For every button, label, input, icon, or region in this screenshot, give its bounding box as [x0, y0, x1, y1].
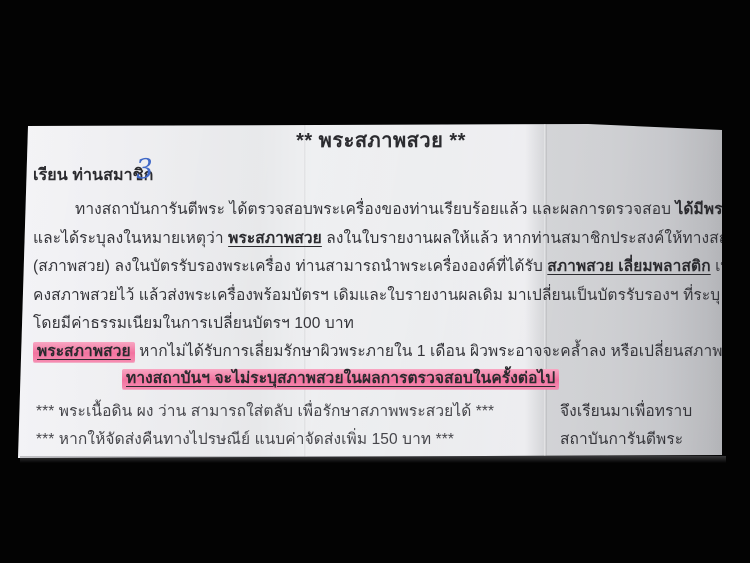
body-line-6-rest: หากไม่ได้รับการเลี่ยมรักษาผิวพระภายใน 1 …	[135, 343, 750, 360]
note-line-1: *** พระเนื้อดิน ผง ว่าน สามารถใส่ตลับ เพ…	[36, 401, 494, 423]
body-line-5: โดยมีค่าธรรมเนียมในการเปลี่ยนบัตรฯ 100 บ…	[33, 313, 354, 335]
closing-line: จึงเรียนมาเพื่อทราบ	[560, 401, 692, 423]
body-line-2-post: ลงในใบรายงานผลให้แล้ว หากท่านสมาชิกประสง…	[322, 230, 750, 247]
body-line-2-emphasis: พระสภาพสวย	[228, 230, 322, 247]
body-line-3-pre: (สภาพสวย) ลงในบัตรรับรองพระเครื่อง ท่านส…	[33, 258, 547, 275]
body-line-1-text: ทางสถาบันการันตีพระ ได้ตรวจสอบพระเครื่อง…	[75, 201, 675, 218]
signature-line: สถาบันการันตีพระ	[560, 429, 683, 451]
body-line-6: พระสภาพสวย หากไม่ได้รับการเลี่ยมรักษาผิว…	[33, 341, 750, 363]
highlighted-phrase: พระสภาพสวย	[33, 342, 135, 362]
body-line-3-emphasis: สภาพสวย เลี่ยมพลาสติก	[547, 258, 710, 275]
body-line-2: และได้ระบุลงในหมายเหตุว่า พระสภาพสวย ลงใ…	[33, 228, 750, 250]
letter-paper: ** พระสภาพสวย ** เรียน ท่านสมาชิก 3 ทางส…	[18, 124, 722, 458]
highlighted-sentence: ทางสถาบันฯ จะไม่ระบุสภาพสวยในผลการตรวจสอ…	[122, 369, 559, 389]
body-line-3: (สภาพสวย) ลงในบัตรรับรองพระเครื่อง ท่านส…	[33, 256, 750, 278]
note-line-2: *** หากให้จัดส่งคืนทางไปรษณีย์ แนบค่าจัด…	[36, 429, 454, 451]
photo-background: ** พระสภาพสวย ** เรียน ท่านสมาชิก 3 ทางส…	[0, 0, 750, 563]
body-line-1-bold: ได้มีพระเครื่อง	[675, 201, 750, 218]
letter-title: ** พระสภาพสวย **	[29, 124, 733, 156]
body-line-1: ทางสถาบันการันตีพระ ได้ตรวจสอบพระเครื่อง…	[75, 199, 750, 221]
body-line-7: ทางสถาบันฯ จะไม่ระบุสภาพสวยในผลการตรวจสอ…	[122, 368, 559, 390]
body-line-3-post: เพื่อรักษาผิวพระให้	[711, 258, 750, 275]
member-number-handwritten: 3	[135, 153, 154, 185]
body-line-4: คงสภาพสวยไว้ แล้วส่งพระเครื่องพร้อมบัตรฯ…	[33, 285, 750, 307]
body-line-2-pre: และได้ระบุลงในหมายเหตุว่า	[33, 230, 228, 247]
